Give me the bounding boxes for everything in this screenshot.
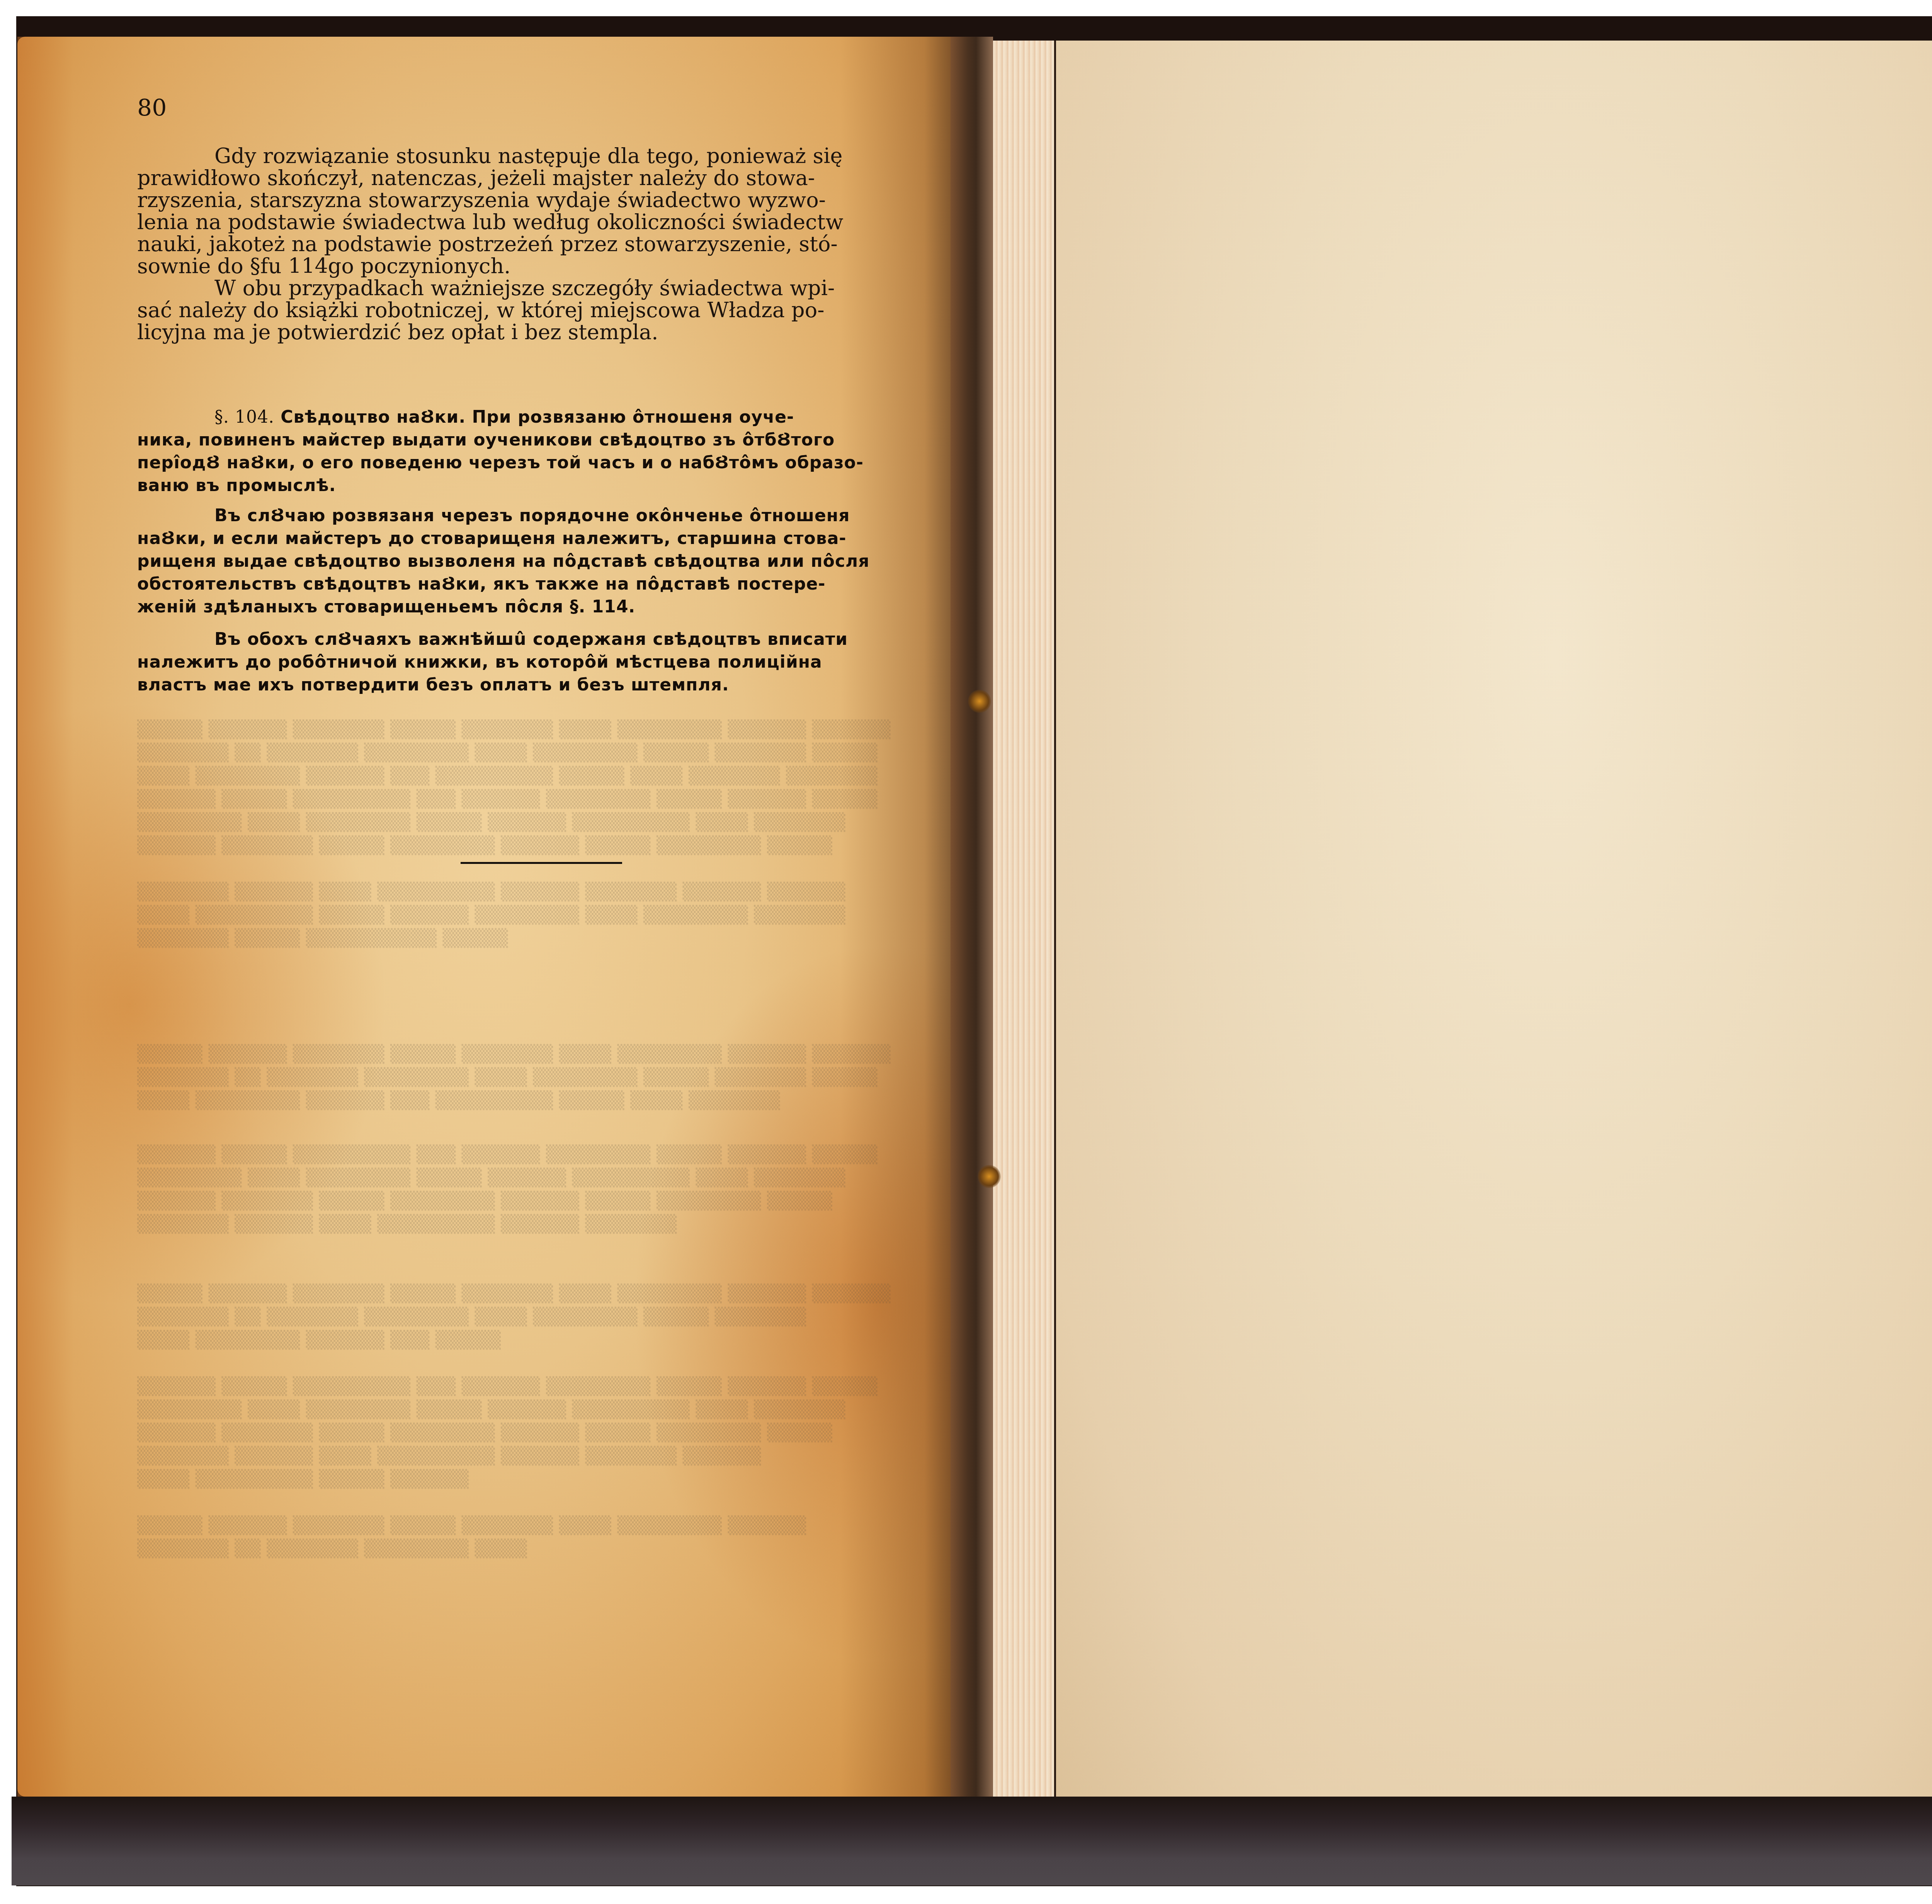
bleed-through-text: ▒▒▒▒ ▒▒▒▒▒▒▒▒ ▒▒▒▒▒▒ ▒▒▒ ▒▒▒▒▒ (137, 1329, 929, 1351)
bleed-through-text: ▒▒▒▒▒▒▒ ▒▒▒▒▒▒ ▒▒▒▒ ▒▒▒▒▒▒▒▒▒ ▒▒▒▒▒▒ ▒▒▒… (137, 881, 929, 903)
binding-stitch-lower (978, 1165, 1001, 1188)
bleed-through-text: ▒▒▒▒ ▒▒▒▒▒▒▒▒▒ ▒▒▒▒▒ ▒▒▒▒▒▒ (137, 1468, 929, 1491)
bleed-through-text: ▒▒▒▒▒▒▒▒ ▒▒▒▒ ▒▒▒▒▒▒▒▒ ▒▒▒▒▒ ▒▒▒▒▒▒ ▒▒▒▒… (137, 1399, 929, 1421)
text-line: властъ мае ихъ потвердити безъ оплатъ и … (137, 673, 949, 696)
text-line: nauki, jakoteż na podstawie postrzeżeń p… (137, 233, 949, 255)
bleed-through-text: ▒▒▒▒▒▒▒ ▒▒ ▒▒▒▒▒▒▒ ▒▒▒▒▒▒▒▒ ▒▒▒▒ ▒▒▒▒▒▒▒… (137, 1306, 929, 1328)
bleed-through-text: ▒▒▒▒▒ ▒▒▒▒▒▒ ▒▒▒▒▒▒▒ ▒▒▒▒▒ ▒▒▒▒▒▒▒ ▒▒▒▒ … (137, 719, 929, 741)
polish-paragraph-2: W obu przypadkach ważniejsze szczegóły ś… (137, 277, 949, 343)
text-line: женій здѣланыхъ стоварищеньемъ пôсля §. … (137, 595, 949, 618)
text-line: rzyszenia, starszyzna stowarzyszenia wyd… (137, 189, 949, 211)
text-line: sać należy do książki robotniczej, w któ… (137, 299, 949, 321)
cyrillic-paragraph-3: Въ обохъ слȢчаяхъ важнѣйшû содержаня свѣ… (137, 628, 949, 696)
page-number: 80 (137, 95, 167, 122)
cover-bottom-shadow (12, 1797, 1932, 1885)
text-line: prawidłowo skończył, natenczas, jeżeli m… (137, 167, 949, 189)
polish-paragraph-1: Gdy rozwiązanie stosunku następuje dla t… (137, 145, 949, 277)
text-line: licyjna ma je potwierdzić bez opłat i be… (137, 321, 949, 343)
text-line: sownie do §fu 114go poczynionych. (137, 255, 949, 277)
page-block-edges (993, 41, 1055, 1797)
binding-stitch-upper (968, 690, 991, 713)
bleed-through-text: ▒▒▒▒▒ ▒▒▒▒▒▒ ▒▒▒▒▒▒▒ ▒▒▒▒▒ ▒▒▒▒▒▒▒ ▒▒▒▒ … (137, 1283, 929, 1305)
bleed-through-text: ▒▒▒▒▒▒▒▒ ▒▒▒▒ ▒▒▒▒▒▒▒▒ ▒▒▒▒▒ ▒▒▒▒▒▒ ▒▒▒▒… (137, 1167, 929, 1189)
text-line: рищеня выдае свѣдоцтво вызволеня на пôдс… (137, 550, 949, 573)
bleed-through-text: ▒▒▒▒ ▒▒▒▒▒▒▒▒ ▒▒▒▒▒▒ ▒▒▒ ▒▒▒▒▒▒▒▒▒ ▒▒▒▒▒… (137, 765, 929, 787)
bleed-through-text: ▒▒▒▒▒▒▒ ▒▒ ▒▒▒▒▒▒▒ ▒▒▒▒▒▒▒▒ ▒▒▒▒ ▒▒▒▒▒▒▒… (137, 1066, 929, 1089)
text-line: перîодȢ наȢки, о его поведеню черезъ той… (137, 451, 949, 474)
bleed-through-text: ▒▒▒▒▒▒▒ ▒▒▒▒▒▒ ▒▒▒▒ ▒▒▒▒▒▒▒▒▒ ▒▒▒▒▒▒ ▒▒▒… (137, 1213, 929, 1236)
text-line: lenia na podstawie świadectwa lub według… (137, 211, 949, 233)
bleed-through-text: ▒▒▒▒▒▒▒▒ ▒▒▒▒ ▒▒▒▒▒▒▒▒ ▒▒▒▒▒ ▒▒▒▒▒▒ ▒▒▒▒… (137, 811, 929, 834)
cyrillic-paragraph-2: Въ слȢчаю розвязаня черезъ порядочне окô… (137, 504, 949, 618)
section-title: Свѣдоцтво наȢки. (281, 407, 466, 427)
bleed-through-text: ▒▒▒▒ ▒▒▒▒▒▒▒▒▒ ▒▒▒▒▒ ▒▒▒▒▒▒ ▒▒▒▒▒▒▒▒ ▒▒▒… (137, 904, 929, 926)
bleed-through-text: ▒▒▒▒▒▒▒ ▒▒ ▒▒▒▒▒▒▒ ▒▒▒▒▒▒▒▒ ▒▒▒▒ (137, 1538, 929, 1560)
bleed-through-text: ▒▒▒▒▒▒▒ ▒▒▒▒▒ ▒▒▒▒▒▒▒▒▒▒ ▒▒▒▒▒ (137, 927, 929, 950)
bleed-through-text: ▒▒▒▒▒▒ ▒▒▒▒▒▒▒ ▒▒▒▒▒ ▒▒▒▒▒▒▒▒ ▒▒▒▒▒▒ ▒▒▒… (137, 835, 929, 857)
text-line: W obu przypadkach ważniejsze szczegóły ś… (137, 277, 949, 299)
text-line: Въ обохъ слȢчаяхъ важнѣйшû содержаня свѣ… (137, 628, 949, 651)
text-line: §. 104. Свѣдоцтво наȢки. При розвязаню ô… (137, 406, 949, 428)
text-line: Въ слȢчаю розвязаня черезъ порядочне окô… (137, 504, 949, 527)
bleed-through-text: ▒▒▒▒▒▒▒ ▒▒▒▒▒▒ ▒▒▒▒ ▒▒▒▒▒▒▒▒▒ ▒▒▒▒▒▒ ▒▒▒… (137, 1445, 929, 1467)
bleed-through-text: ▒▒▒▒▒▒ ▒▒▒▒▒ ▒▒▒▒▒▒▒▒▒ ▒▒▒ ▒▒▒▒▒▒ ▒▒▒▒▒▒… (137, 788, 929, 811)
section-separator-rule (461, 862, 622, 864)
bleed-through-text: ▒▒▒▒▒ ▒▒▒▒▒▒ ▒▒▒▒▒▒▒ ▒▒▒▒▒ ▒▒▒▒▒▒▒ ▒▒▒▒ … (137, 1515, 929, 1537)
text-line: належитъ до робôтничой книжки, въ которô… (137, 651, 949, 673)
right-page-blank (1056, 41, 1932, 1797)
text-line: обстоятельствъ свѣдоцтвъ наȢки, якъ такж… (137, 573, 949, 595)
spine-gutter (951, 37, 993, 1797)
bleed-through-text: ▒▒▒▒▒ ▒▒▒▒▒▒ ▒▒▒▒▒▒▒ ▒▒▒▒▒ ▒▒▒▒▒▒▒ ▒▒▒▒ … (137, 1043, 929, 1066)
section-number: §. 104. (214, 407, 274, 427)
text-line: ваню въ промыслѣ. (137, 474, 949, 497)
bleed-through-text: ▒▒▒▒▒▒ ▒▒▒▒▒▒▒ ▒▒▒▒▒ ▒▒▒▒▒▒▒▒ ▒▒▒▒▒▒ ▒▒▒… (137, 1422, 929, 1444)
text-line: наȢки, и если майстеръ до стоварищеня на… (137, 527, 949, 550)
cyrillic-section-104: §. 104. Свѣдоцтво наȢки. При розвязаню ô… (137, 406, 949, 497)
bleed-through-text: ▒▒▒▒▒▒ ▒▒▒▒▒ ▒▒▒▒▒▒▒▒▒ ▒▒▒ ▒▒▒▒▒▒ ▒▒▒▒▒▒… (137, 1375, 929, 1398)
bleed-through-text: ▒▒▒▒▒▒ ▒▒▒▒▒ ▒▒▒▒▒▒▒▒▒ ▒▒▒ ▒▒▒▒▒▒ ▒▒▒▒▒▒… (137, 1144, 929, 1166)
text-line: ника, повиненъ майстер выдати оученикови… (137, 428, 949, 451)
text-line: Gdy rozwiązanie stosunku następuje dla t… (137, 145, 949, 167)
bleed-through-text: ▒▒▒▒ ▒▒▒▒▒▒▒▒ ▒▒▒▒▒▒ ▒▒▒ ▒▒▒▒▒▒▒▒▒ ▒▒▒▒▒… (137, 1090, 929, 1112)
bleed-through-text: ▒▒▒▒▒▒▒ ▒▒ ▒▒▒▒▒▒▒ ▒▒▒▒▒▒▒▒ ▒▒▒▒ ▒▒▒▒▒▒▒… (137, 742, 929, 764)
bleed-through-text: ▒▒▒▒▒▒ ▒▒▒▒▒▒▒ ▒▒▒▒▒ ▒▒▒▒▒▒▒▒ ▒▒▒▒▒▒ ▒▒▒… (137, 1190, 929, 1212)
